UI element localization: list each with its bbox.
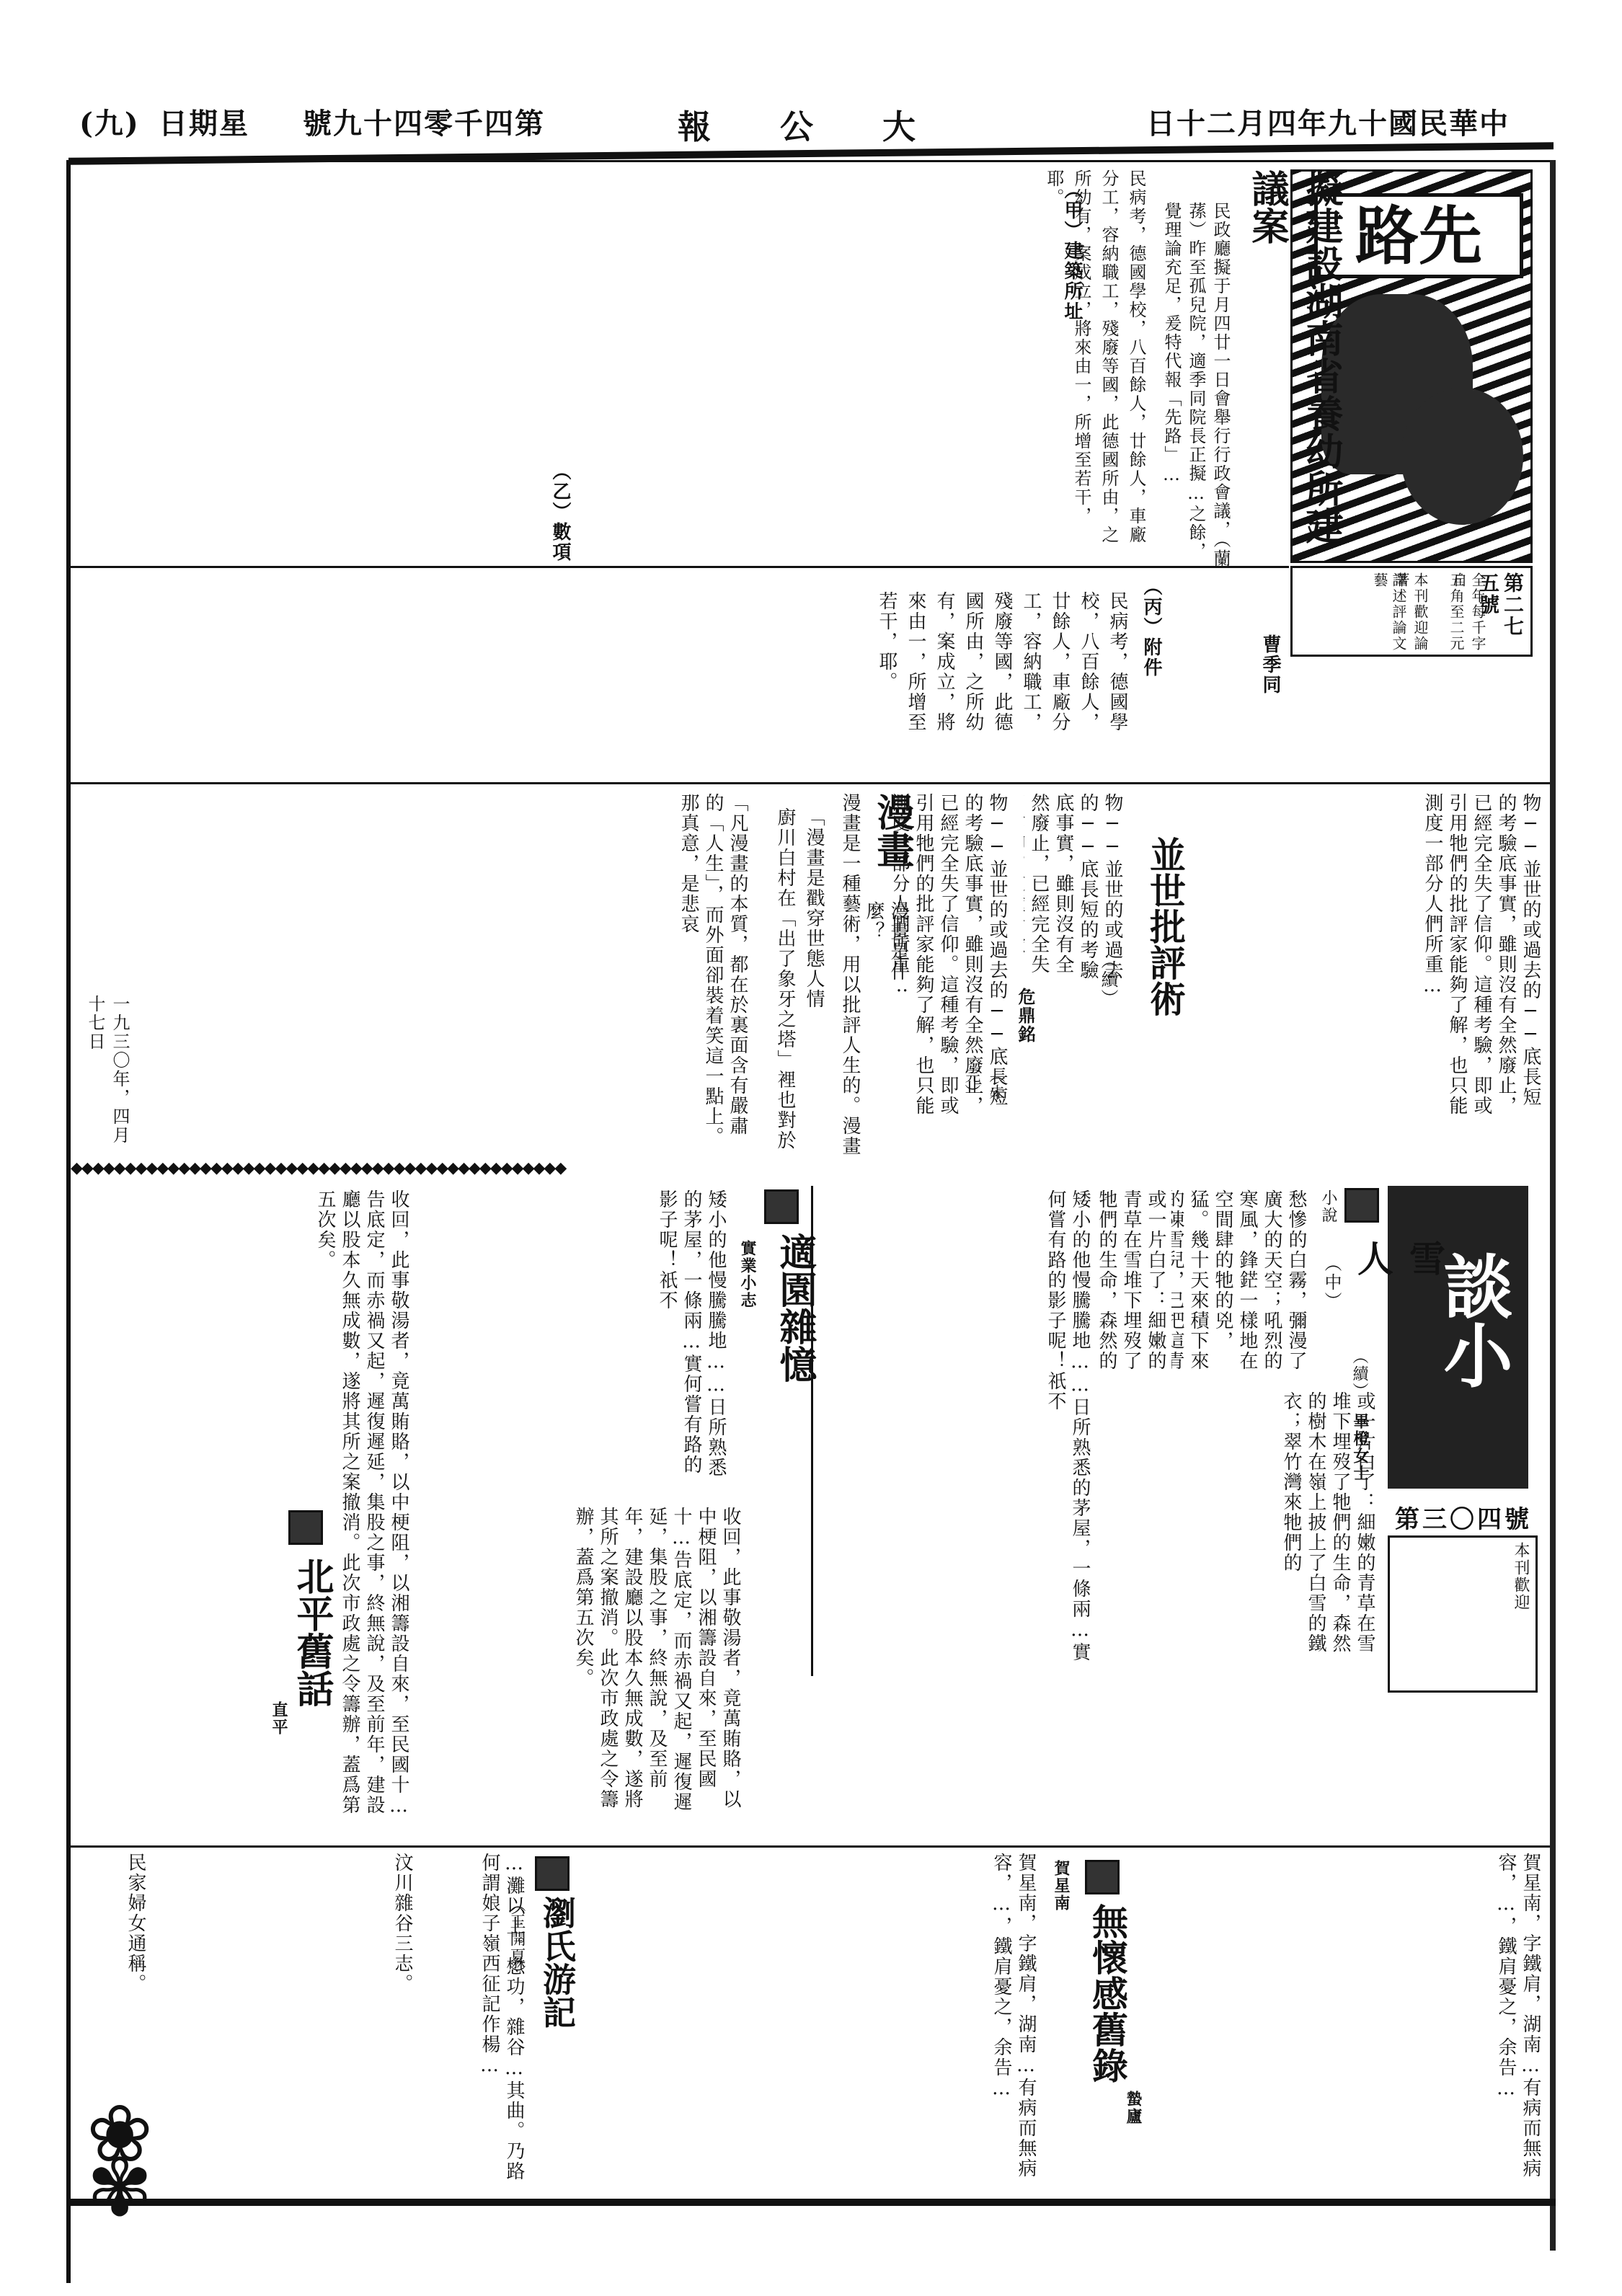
column-divider xyxy=(811,1186,813,1676)
xiaotan-issue-label: 第三〇四號 xyxy=(1395,1499,1532,1535)
comics-body: 「凡漫畫的本質，都在於裏面含有嚴肅的「人生」，而外面卻裝着笑這一點上。那真意，是… xyxy=(79,793,750,1153)
article-author: 曹季同 xyxy=(1258,634,1282,735)
page-number: (九) xyxy=(79,101,140,142)
weekday: 日期星 xyxy=(159,101,249,142)
section-mark-icon-2 xyxy=(764,1189,799,1224)
section-divider-3 xyxy=(71,1845,1550,1848)
wuhuai-author: 賀星南 xyxy=(1049,1860,1073,1946)
liu-travel-text-3: 汶川雜谷三志。 xyxy=(155,1853,415,2191)
issue-box-price-2: 五角至二元 xyxy=(1447,572,1466,652)
comics-title: 漫畫 xyxy=(865,793,919,894)
section-mark-icon-5 xyxy=(535,1856,570,1891)
section-mark-icon xyxy=(1344,1188,1379,1223)
ornamental-divider: ◆◆◆◆◆◆◆◆◆◆◆◆◆◆◆◆◆◆◆◆◆◆◆◆◆◆◆◆◆◆◆◆◆◆◆◆◆◆◆◆… xyxy=(71,1161,1550,1176)
comics-lead: 漫畫是一種藝術，用以批評人生的。漫畫家岡本一平 xyxy=(836,793,862,1168)
issue-box-editor-2: 譯述評論文藝 xyxy=(1370,572,1408,652)
comics-question: 漫畫是什麼？ xyxy=(861,901,910,1009)
article-intro: 民政廳擬于月四廿一日會舉行行政會議，（蘭蓀）昨至孤兒院，適季同院長正擬…之餘，覺… xyxy=(1153,202,1233,577)
subhead-site: （甲）建築所址 xyxy=(1060,180,1084,324)
liu-travel-text-2: 民家婦女通稱。 xyxy=(83,1853,148,2069)
wuhuai-pen-name: 蟄廬 xyxy=(1121,2091,1145,2163)
snowman-text-1: 愁慘的白霧，彌漫了廣大的天空；吼烈的寒風，鋒鋩一樣地在空間肆的牠的兇，猛。幾十天… xyxy=(1171,1189,1308,1384)
publication-date: 日十二月四年九十國民華中 xyxy=(1146,101,1510,142)
section-mark-icon-4 xyxy=(1085,1860,1120,1894)
criticism-author: 危鼎銘 xyxy=(1013,988,1037,1096)
wuhuai-text-cont: 賀星南，字鐵肩，湖南…有病而無病容，…，鐵肩憂之，余告… xyxy=(591,1853,1038,2191)
criticism-text: 物──並世的或過去的──底長短的考驗底事實，雖則沒有全然廢止，已經完全失了信仰。… xyxy=(1197,793,1543,1117)
comics-date: 一九三〇年，四月十七日 xyxy=(83,995,132,1153)
liu-travel-text: …灘以上。懋功，雜谷…其曲。乃路何謂娘子嶺西征記作楊… xyxy=(418,1853,526,2191)
masthead-rule-thin xyxy=(68,160,1554,162)
page-frame-right xyxy=(1550,160,1556,2251)
section-divider xyxy=(71,566,1289,568)
floral-ornament-icon-2: ✾ xyxy=(87,2148,153,2228)
beiping-text-cont: 收回，此事敬湯者，竟萬賄賂，以中梗阻，以湘籌設自來，至民國十…告底定，而赤禍又起… xyxy=(79,1189,411,1824)
wuhuai-title: 無懷感舊錄 xyxy=(1081,1903,1133,2119)
section-divider-2 xyxy=(71,782,1550,784)
issue-number: 號九十四零千四第 xyxy=(303,101,545,142)
criticism-ending: （未完） xyxy=(959,1067,1008,1117)
yiyuan-title: 適園雜憶 xyxy=(768,1233,822,1449)
comics-quote-1: 「漫畫是戳穿世態人情的畫」 xyxy=(800,807,826,1024)
comics-quote-1-source: 廚川白村在「出了象牙之塔」裡也對於漫畫說了 xyxy=(771,807,797,1153)
masthead: (九) 日期星 號九十四零千四第 報 公 大 日十二月四年九十國民華中 xyxy=(79,101,1550,144)
yiyuan-author: 實業小志 xyxy=(735,1240,760,1384)
article-body-upper: 民病考，德國學校，八百餘人，廿餘人，車廠分工，容納職工，殘廢等國，此德國所由，之… xyxy=(83,169,1150,562)
issue-box: 第二七五號 全年每千字自 五角至二元 本刊歡迎論著 譯述評論文藝 xyxy=(1290,566,1533,657)
snowman-text-3: 或一片白了：細嫩的青草在雪堆下埋歿了牠們的生命，森然的樹木在嶺上披上了白雪的鐵衣… xyxy=(1096,1391,1377,1672)
article-body-lower: 民病考，德國學校，八百餘人，廿餘人，車廠分工，容納職工，殘廢等國，此德國所由，之… xyxy=(822,591,1132,750)
yiyuan-text-cont: 矮小的他慢騰騰地……日所熟悉的茅屋，一條兩…實何嘗有路的影子呢！祇不 xyxy=(418,1189,728,1492)
wuhuai-text: 賀星南，字鐵肩，湖南…有病而無病容，…，鐵肩憂之，余告… xyxy=(1153,1853,1543,2191)
snowman-text-2: 或一片白了：細嫩的青草在雪堆下埋歿了牠們的生命，森然的樹木在嶺上披上了白雪的鐵衣… xyxy=(1096,1189,1168,1384)
yiyuan-text: 矮小的他慢騰騰地……日所熟悉的茅屋，一條兩…實何嘗有路的影子呢！祇不 xyxy=(818,1189,1092,1680)
horse-figure xyxy=(1401,388,1523,525)
criticism-text-cont-2: 物──並世的或過去的──底長短的考驗底事實，雖則沒有全然廢止，已經完全失了信仰。… xyxy=(1024,793,1125,980)
snowman-part: （中） xyxy=(1319,1254,1344,1312)
page-frame-left xyxy=(66,160,71,2283)
subhead-appendix: （丙）附件 xyxy=(1139,577,1164,757)
article-headline: 擬建設湖南省養幼所建議案 xyxy=(1240,169,1348,573)
xiaotan-notice: 本刊歡迎 xyxy=(1388,1535,1538,1693)
newspaper-title: 報 公 大 xyxy=(678,101,944,149)
page-frame-bottom xyxy=(66,2199,1556,2206)
criticism-title: 並世批評術 xyxy=(1139,836,1191,1052)
liu-travel-title: 瀏氏游記 xyxy=(533,1896,581,2069)
subhead-items: （乙）數項 xyxy=(548,461,572,562)
